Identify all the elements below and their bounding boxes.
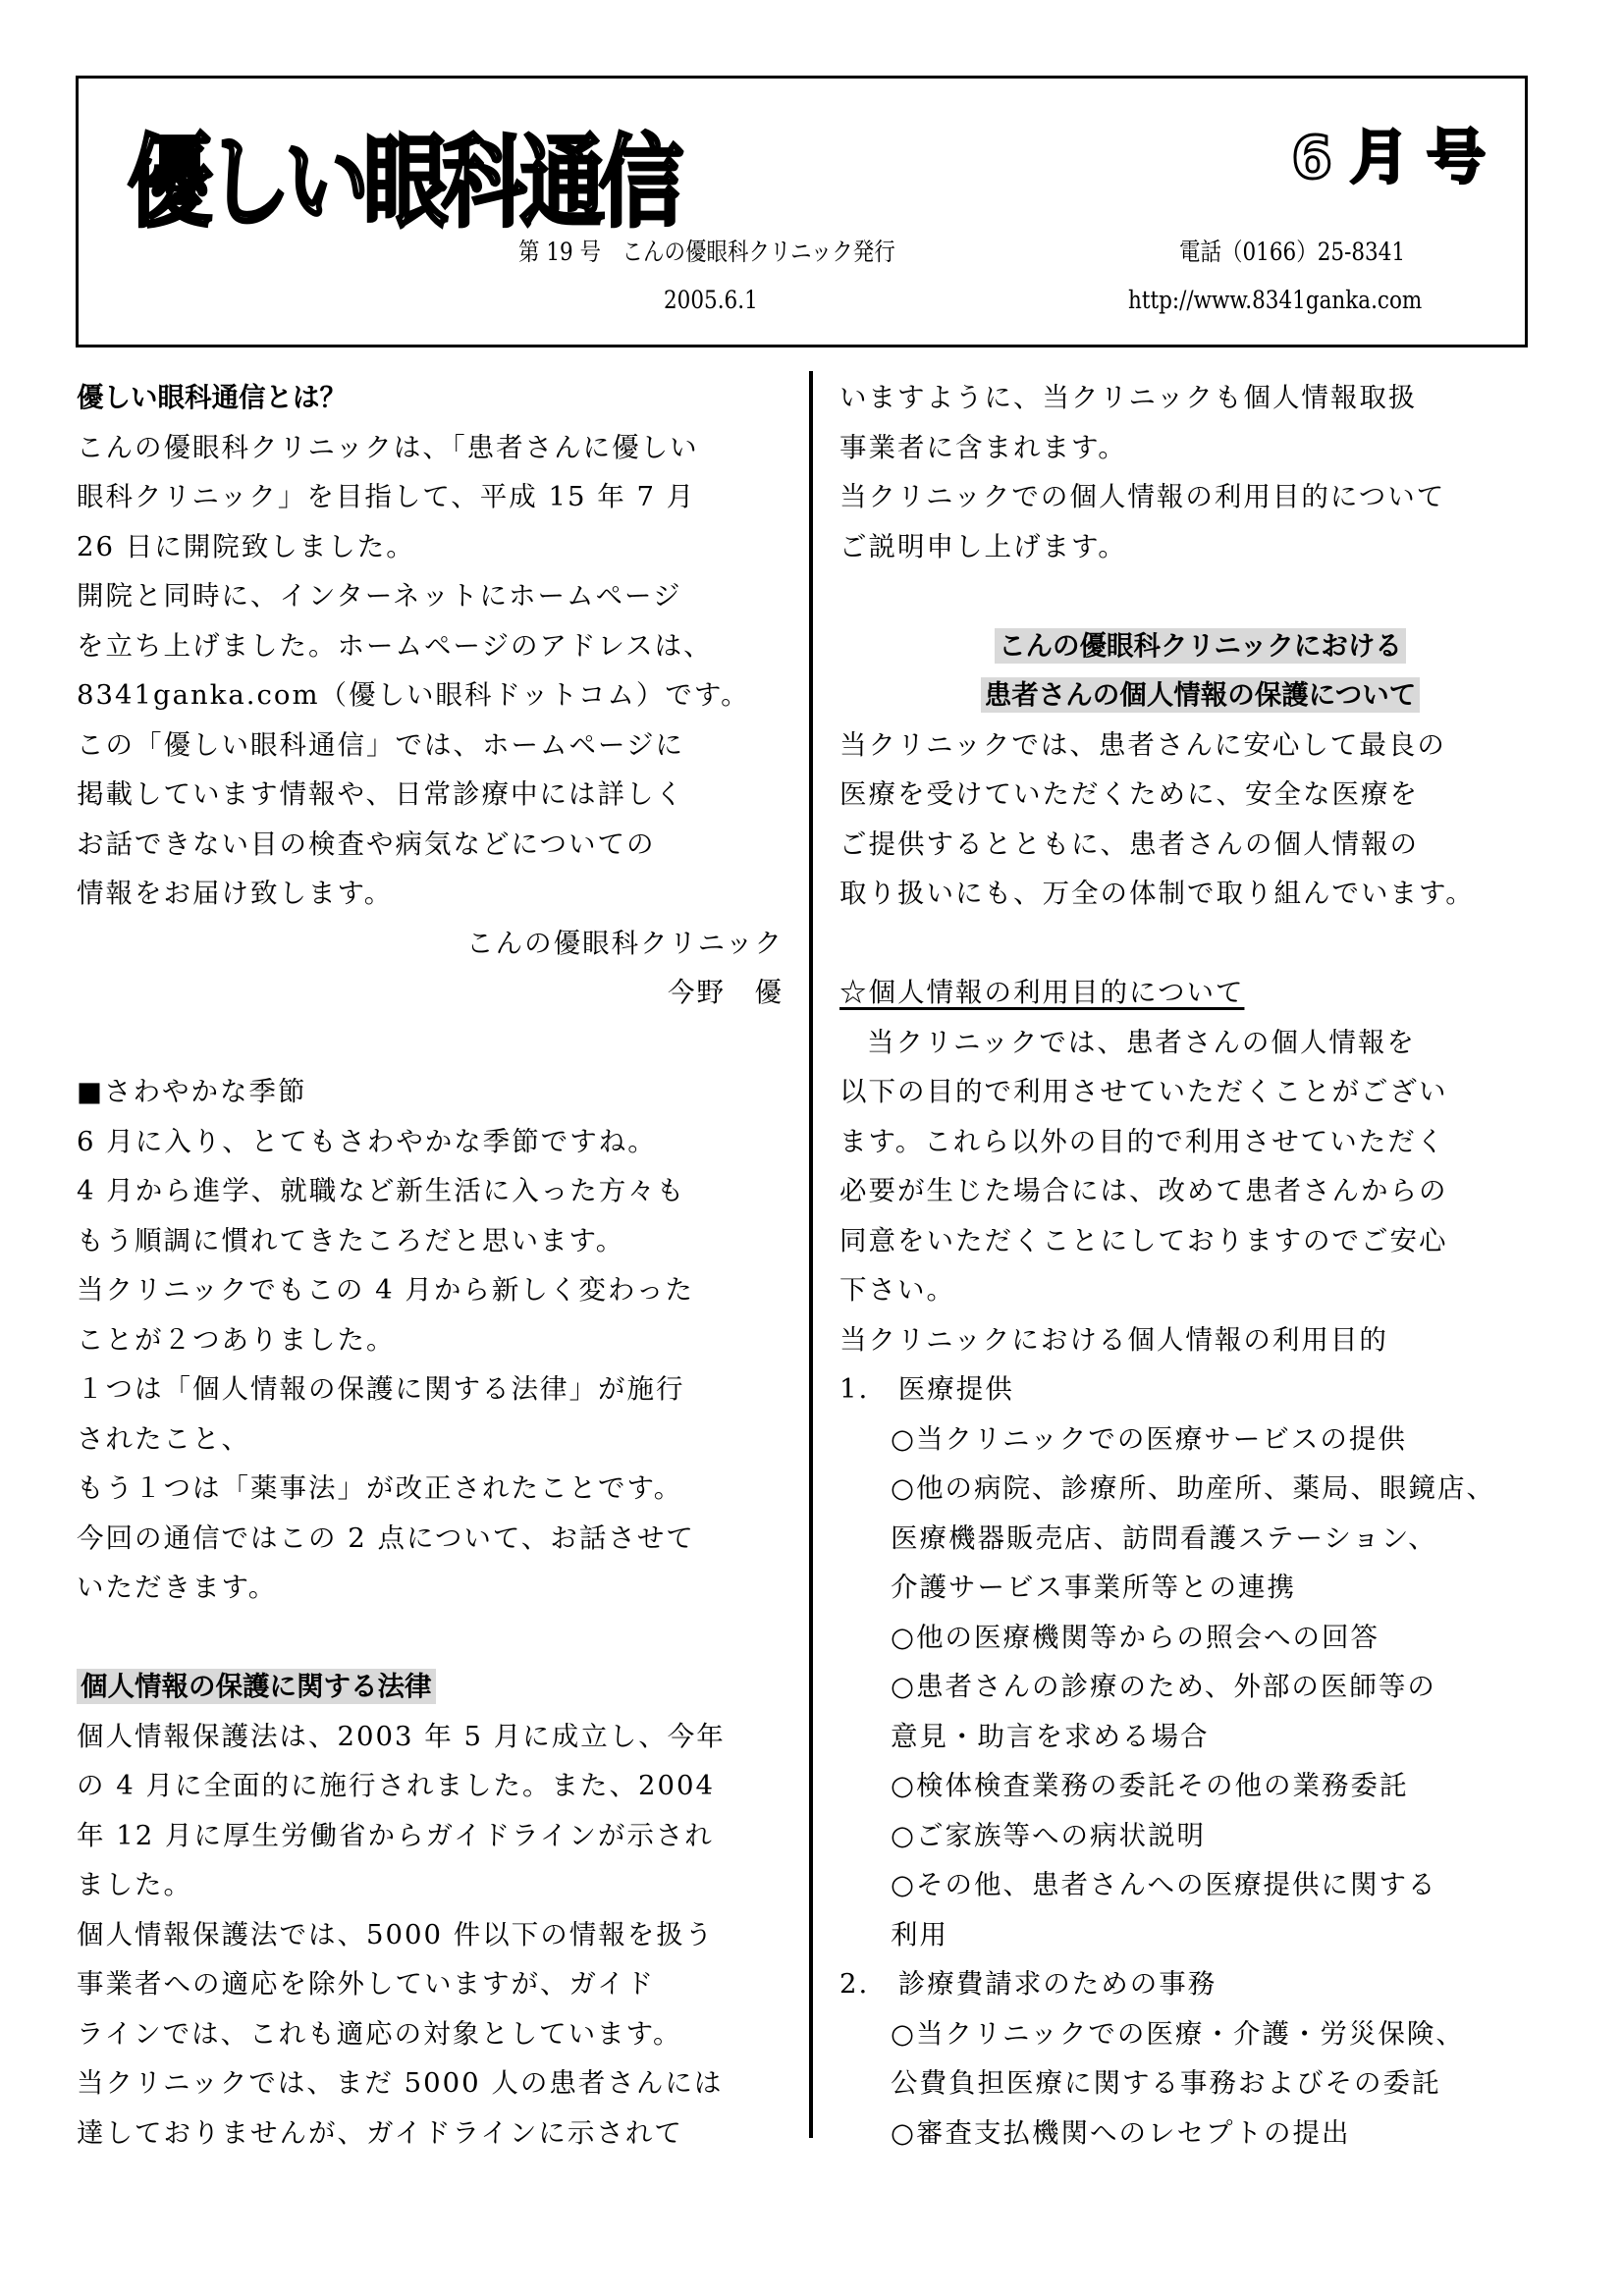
body-line: 医療を受けていただくために、安全な医療を: [839, 770, 1561, 820]
intro-section: 優しい眼科通信とは？ こんの優眼科クリニックは、「患者さんに優しい 眼科クリニッ…: [77, 373, 784, 1018]
intro-heading: 優しい眼科通信とは？: [77, 373, 784, 423]
body-line: されたこと、: [77, 1415, 784, 1465]
body-line: ご説明申し上げます。: [839, 522, 1561, 572]
list-item: ○当クリニックでの医療サービスの提供: [839, 1415, 1561, 1465]
body-line: 達しておりませんが、ガイドラインに示されて: [77, 2109, 784, 2159]
policy-heading-line2: 患者さんの個人情報の保護について: [981, 677, 1420, 713]
body-line: 26 日に開院致しました。: [77, 522, 784, 572]
body-line: ラインでは、これも適応の対象としています。: [77, 2009, 784, 2059]
clinic-phone: 電話（0166）25-8341: [1179, 238, 1405, 267]
body-line: 当クリニックでは、患者さんの個人情報を: [839, 1018, 1561, 1068]
list-item: 公費負担医療に関する事務およびその委託: [839, 2058, 1561, 2109]
spacer: [839, 571, 1561, 621]
left-column: 優しい眼科通信とは？ こんの優眼科クリニックは、「患者さんに優しい 眼科クリニッ…: [77, 373, 784, 2158]
body-line: 個人情報保護法では、5000 件以下の情報を扱う: [77, 1910, 784, 1960]
privacy-law-heading: 個人情報の保護に関する法律: [77, 1669, 436, 1704]
body-line: 当クリニックでの個人情報の利用目的について: [839, 472, 1561, 522]
body-line: 開院と同時に、インターネットにホームページ: [77, 571, 784, 621]
body-line: ご提供するとともに、患者さんの個人情報の: [839, 820, 1561, 870]
continued-section: いますように、当クリニックも個人情報取扱 事業者に含まれます。 当クリニックでの…: [839, 373, 1561, 571]
body-line: 掲載しています情報や、日常診療中には詳しく: [77, 770, 784, 820]
body-line: 当クリニックでは、まだ 5000 人の患者さんには: [77, 2058, 784, 2109]
purpose-heading: ☆個人情報の利用目的について: [839, 977, 1244, 1008]
signature-name: 今野 優: [77, 968, 784, 1018]
column-divider: [809, 371, 813, 2138]
body-line: 当クリニックでもこの 4 月から新しく変わった: [77, 1265, 784, 1315]
purpose-list-billing: 2. 診療費請求のための事務 ○当クリニックでの医療・介護・労災保険、 公費負担…: [839, 1959, 1561, 2158]
newsletter-title: 優しい眼科通信: [128, 126, 677, 241]
body-line: 4 月から進学、就職など新生活に入った方々も: [77, 1166, 784, 1216]
privacy-law-section: 個人情報の保護に関する法律 個人情報保護法は、2003 年 5 月に成立し、今年…: [77, 1662, 784, 2158]
body-line: の 4 月に全面的に施行されました。また、2004: [77, 1761, 784, 1811]
issue-month: 6月号: [1291, 124, 1503, 192]
body-line: 取り扱いにも、万全の体制で取り組んでいます。: [839, 869, 1561, 919]
body-line: 事業者に含まれます。: [839, 423, 1561, 473]
list-item: ○審査支払機関へのレセプトの提出: [839, 2109, 1561, 2159]
body-line: 当クリニックでは、患者さんに安心して最良の: [839, 721, 1561, 771]
season-section: ■さわやかな季節 6 月に入り、とてもさわやかな季節ですね。 4 月から進学、就…: [77, 1067, 784, 1613]
body-line: １つは「個人情報の保護に関する法律」が施行: [77, 1364, 784, 1415]
issue-number-publisher: 第 19 号 こんの優眼科クリニック発行: [518, 238, 895, 267]
season-heading: ■さわやかな季節: [77, 1067, 784, 1117]
masthead-box: 優しい眼科通信 6月号 第 19 号 こんの優眼科クリニック発行 2005.6.…: [76, 76, 1528, 347]
list-item: ○患者さんの診療のため、外部の医師等の: [839, 1662, 1561, 1712]
list-item: ○当クリニックでの医療・介護・労災保険、: [839, 2009, 1561, 2059]
body-line: 事業者への適応を除外していますが、ガイド: [77, 1959, 784, 2009]
list-label: 1. 医療提供: [839, 1364, 1561, 1415]
body-line: もう１つは「薬事法」が改正されたことです。: [77, 1464, 784, 1514]
body-line: 必要が生じた場合には、改めて患者さんからの: [839, 1166, 1561, 1216]
signature-clinic: こんの優眼科クリニック: [77, 919, 784, 969]
body-line: ます。これら以外の目的で利用させていただく: [839, 1117, 1561, 1167]
policy-heading-line1: こんの優眼科クリニックにおける: [995, 628, 1406, 664]
clinic-url[interactable]: http://www.8341ganka.com: [1128, 286, 1422, 315]
body-line: いますように、当クリニックも個人情報取扱: [839, 373, 1561, 423]
body-line: 年 12 月に厚生労働省からガイドラインが示され: [77, 1811, 784, 1861]
list-item: 意見・助言を求める場合: [839, 1712, 1561, 1762]
right-column: いますように、当クリニックも個人情報取扱 事業者に含まれます。 当クリニックでの…: [839, 373, 1561, 2158]
list-item: ○他の病院、診療所、助産所、薬局、眼鏡店、: [839, 1464, 1561, 1514]
list-item: ○その他、患者さんへの医療提供に関する: [839, 1860, 1561, 1910]
body-line: 眼科クリニック」を目指して、平成 15 年 7 月: [77, 472, 784, 522]
issue-date: 2005.6.1: [664, 286, 758, 315]
body-line: 今回の通信ではこの 2 点について、お話させて: [77, 1514, 784, 1564]
body-line: 情報をお届け致します。: [77, 869, 784, 919]
spacer: [77, 1613, 784, 1663]
body-line: 6 月に入り、とてもさわやかな季節ですね。: [77, 1117, 784, 1167]
list-label: 2. 診療費請求のための事務: [839, 1959, 1561, 2009]
purpose-list-medical: 1. 医療提供 ○当クリニックでの医療サービスの提供 ○他の病院、診療所、助産所…: [839, 1364, 1561, 1959]
list-item: ○ご家族等への病状説明: [839, 1811, 1561, 1861]
list-item: ○検体検査業務の委託その他の業務委託: [839, 1761, 1561, 1811]
body-line: 当クリニックにおける個人情報の利用目的: [839, 1315, 1561, 1365]
body-line: 8341ganka.com（優しい眼科ドットコム）です。: [77, 670, 784, 721]
list-item: 利用: [839, 1910, 1561, 1960]
spacer: [77, 1018, 784, 1068]
body-line: この「優しい眼科通信」では、ホームページに: [77, 721, 784, 771]
body-line: 同意をいただくことにしておりますのでご安心: [839, 1216, 1561, 1266]
policy-section: こんの優眼科クリニックにおける 患者さんの個人情報の保護について 当クリニックで…: [839, 621, 1561, 919]
body-line: こんの優眼科クリニックは、「患者さんに優しい: [77, 423, 784, 473]
list-item: 医療機器販売店、訪問看護ステーション、: [839, 1514, 1561, 1564]
body-line: 以下の目的で利用させていただくことがござい: [839, 1067, 1561, 1117]
list-item: ○他の医療機関等からの照会への回答: [839, 1613, 1561, 1663]
body-line: いただきます。: [77, 1563, 784, 1613]
body-line: を立ち上げました。ホームページのアドレスは、: [77, 621, 784, 671]
spacer: [839, 919, 1561, 969]
body-line: お話できない目の検査や病気などについての: [77, 820, 784, 870]
body-line: ました。: [77, 1860, 784, 1910]
body-line: 個人情報保護法は、2003 年 5 月に成立し、今年: [77, 1712, 784, 1762]
body-line: ことが２つありました。: [77, 1315, 784, 1365]
body-line: もう順調に慣れてきたころだと思います。: [77, 1216, 784, 1266]
list-item: 介護サービス事業所等との連携: [839, 1563, 1561, 1613]
body-line: 下さい。: [839, 1265, 1561, 1315]
purpose-section: ☆個人情報の利用目的について 当クリニックでは、患者さんの個人情報を 以下の目的…: [839, 968, 1561, 2158]
